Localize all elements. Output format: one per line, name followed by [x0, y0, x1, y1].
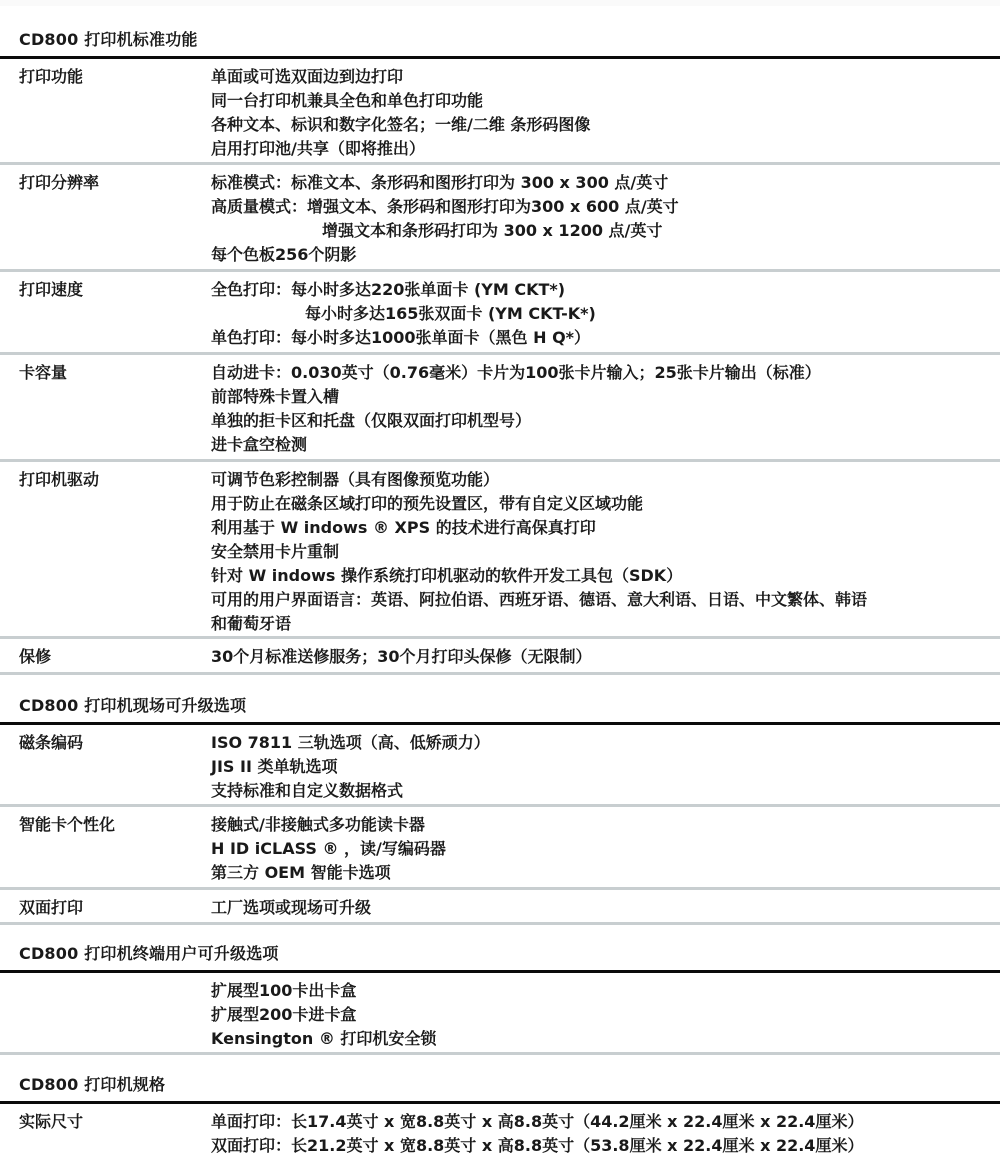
section-standard-features: CD800 打印机标准功能 打印功能 单面或可选双面边到边打印 同一台打印机兼具…	[0, 30, 1000, 675]
row-value-line: 全色打印：每小时多达220张单面卡 (YM CKT*)	[211, 278, 1000, 302]
row-value-line: 自动进卡：0.030英寸（0.76毫米）卡片为100张卡片输入；25张卡片输出（…	[211, 361, 1000, 385]
row-value-line: 双面打印：长21.2英寸 x 宽8.8英寸 x 高8.8英寸（53.8厘米 x …	[211, 1134, 1000, 1157]
row-value-line: 支持标准和自定义数据格式	[211, 779, 1000, 803]
row-value-line: 单色打印：每小时多达1000张单面卡（黑色 H Q*）	[211, 326, 1000, 350]
spec-row-physical-dimensions: 实际尺寸 单面打印：长17.4英寸 x 宽8.8英寸 x 高8.8英寸（44.2…	[0, 1104, 1000, 1157]
spec-row-print-resolution: 打印分辨率 标准模式：标准文本、条形码和图形打印为 300 x 300 点/英寸…	[0, 165, 1000, 272]
row-label: 双面打印	[19, 896, 199, 920]
row-value-line: 可用的用户界面语言：英语、阿拉伯语、西班牙语、德语、意大利语、日语、中文繁体、韩…	[211, 588, 1000, 612]
row-label: 打印速度	[19, 278, 199, 302]
row-value-line: 前部特殊卡置入槽	[211, 385, 1000, 409]
row-label: 打印分辨率	[19, 171, 199, 195]
spec-row-printer-driver: 打印机驱动 可调节色彩控制器（具有图像预览功能） 用于防止在磁条区域打印的预先设…	[0, 462, 1000, 639]
row-value-line: 用于防止在磁条区域打印的预先设置区，带有自定义区域功能	[211, 492, 1000, 516]
row-value-line: 第三方 OEM 智能卡选项	[211, 861, 1000, 885]
section-field-upgradeable-options: CD800 打印机现场可升级选项 磁条编码 ISO 7811 三轨选项（高、低矫…	[0, 696, 1000, 925]
row-label: 磁条编码	[19, 731, 199, 755]
section-printer-specifications: CD800 打印机规格 实际尺寸 单面打印：长17.4英寸 x 宽8.8英寸 x…	[0, 1075, 1000, 1157]
spec-row-smart-card: 智能卡个性化 接触式/非接触式多功能读卡器 H ID iCLASS ® ，读/写…	[0, 807, 1000, 890]
row-label: 智能卡个性化	[19, 813, 199, 837]
spec-row-card-capacity: 卡容量 自动进卡：0.030英寸（0.76毫米）卡片为100张卡片输入；25张卡…	[0, 355, 1000, 462]
row-value-line: 同一台打印机兼具全色和单色打印功能	[211, 89, 1000, 113]
row-value-line: 高质量模式：增强文本、条形码和图形打印为300 x 600 点/英寸	[211, 195, 1000, 219]
row-value-line: 单面或可选双面边到边打印	[211, 65, 1000, 89]
row-value-line: 各种文本、标识和数字化签名；一维/二维 条形码图像	[211, 113, 1000, 137]
row-value-line: 工厂选项或现场可升级	[211, 896, 1000, 920]
row-value-line: ISO 7811 三轨选项（高、低矫顽力）	[211, 731, 1000, 755]
row-value-line: 针对 W indows 操作系统打印机驱动的软件开发工具包（SDK）	[211, 564, 1000, 588]
spec-row-warranty: 保修 30个月标准送修服务；30个月打印头保修（无限制）	[0, 639, 1000, 675]
row-value-line: 每小时多达165张双面卡 (YM CKT-K*)	[211, 302, 1000, 326]
row-value-line: 启用打印池/共享（即将推出）	[211, 137, 1000, 161]
row-value-line: 单面打印：长17.4英寸 x 宽8.8英寸 x 高8.8英寸（44.2厘米 x …	[211, 1110, 1000, 1134]
row-label: 打印功能	[19, 65, 199, 89]
row-label: 保修	[19, 645, 199, 669]
row-value-line: Kensington ® 打印机安全锁	[211, 1027, 1000, 1051]
top-strip	[0, 0, 1000, 6]
spec-row-duplex-printing: 双面打印 工厂选项或现场可升级	[0, 890, 1000, 925]
spec-row-end-user-options: 扩展型100卡出卡盒 扩展型200卡进卡盒 Kensington ® 打印机安全…	[0, 973, 1000, 1055]
row-value-line: H ID iCLASS ® ，读/写编码器	[211, 837, 1000, 861]
spec-row-print-function: 打印功能 单面或可选双面边到边打印 同一台打印机兼具全色和单色打印功能 各种文本…	[0, 59, 1000, 165]
section-title: CD800 打印机规格	[0, 1075, 1000, 1095]
section-title: CD800 打印机终端用户可升级选项	[0, 944, 1000, 964]
row-value-line: 进卡盒空检测	[211, 433, 1000, 457]
section-title: CD800 打印机标准功能	[0, 30, 1000, 50]
spec-row-print-speed: 打印速度 全色打印：每小时多达220张单面卡 (YM CKT*) 每小时多达16…	[0, 272, 1000, 355]
row-label: 卡容量	[19, 361, 199, 385]
section-end-user-upgradeable-options: CD800 打印机终端用户可升级选项 扩展型100卡出卡盒 扩展型200卡进卡盒…	[0, 944, 1000, 1055]
row-label: 打印机驱动	[19, 468, 199, 492]
row-label: 实际尺寸	[19, 1110, 199, 1134]
row-value-line: JIS II 类单轨选项	[211, 755, 1000, 779]
row-value-line: 每个色板256个阴影	[211, 243, 1000, 267]
section-title: CD800 打印机现场可升级选项	[0, 696, 1000, 716]
row-value-line: 扩展型200卡进卡盒	[211, 1003, 1000, 1027]
row-value-line: 扩展型100卡出卡盒	[211, 979, 1000, 1003]
row-value-line: 利用基于 W indows ® XPS 的技术进行高保真打印	[211, 516, 1000, 540]
row-value-line: 接触式/非接触式多功能读卡器	[211, 813, 1000, 837]
row-value-line: 安全禁用卡片重制	[211, 540, 1000, 564]
row-value-line: 单独的拒卡区和托盘（仅限双面打印机型号）	[211, 409, 1000, 433]
row-value-line: 标准模式：标准文本、条形码和图形打印为 300 x 300 点/英寸	[211, 171, 1000, 195]
row-value-line: 和葡萄牙语	[211, 612, 1000, 636]
row-value-line: 可调节色彩控制器（具有图像预览功能）	[211, 468, 1000, 492]
spec-row-magstripe-encoding: 磁条编码 ISO 7811 三轨选项（高、低矫顽力） JIS II 类单轨选项 …	[0, 725, 1000, 807]
row-value-line: 增强文本和条形码打印为 300 x 1200 点/英寸	[211, 219, 1000, 243]
row-value-line: 30个月标准送修服务；30个月打印头保修（无限制）	[211, 645, 1000, 669]
